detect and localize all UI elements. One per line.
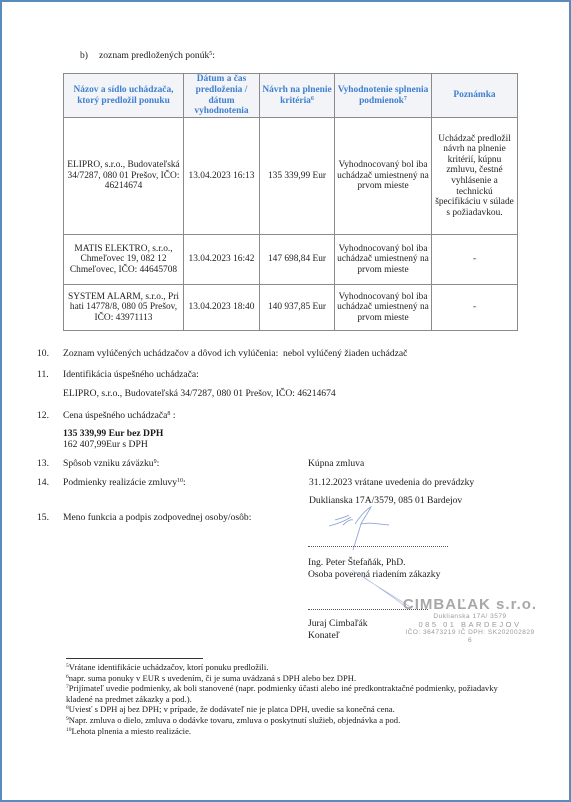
col-header-proposal: Návrh na plnenie kritéria6 bbox=[260, 74, 335, 118]
footnote-5: 5Vrátane identifikácie uchádzačov, ktorí… bbox=[66, 662, 526, 673]
table-row: ELIPRO, s.r.o., Budovateľská 34/7287, 08… bbox=[64, 118, 518, 235]
section-b-heading: b)zoznam predložených ponúk5: bbox=[80, 50, 215, 62]
footnote-9: 9Napr. zmluva o dielo, zmluva o dodávke … bbox=[66, 715, 526, 726]
cell-evaluation: Vyhodnocovaný bol iba uchádzač umiestnen… bbox=[335, 118, 432, 235]
cell-proposal: 147 698,84 Eur bbox=[260, 235, 335, 285]
item-12: 12.Cena úspešného uchádzača8 : bbox=[37, 410, 176, 422]
item-14: 14.Podmienky realizácie zmluvy10: bbox=[37, 477, 186, 489]
signatory-2-name: Juraj Cimbaľák bbox=[308, 618, 368, 630]
footnote-separator bbox=[66, 658, 203, 659]
company-stamp: CIMBAĽAK s.r.o. Duklianska 17A/ 3579 085… bbox=[390, 597, 550, 644]
item-15: 15.Meno funkcia a podpis zodpovednej oso… bbox=[37, 512, 251, 524]
price-gross: 162 407,99Eur s DPH bbox=[63, 439, 148, 451]
cell-datetime: 13.04.2023 18:40 bbox=[184, 285, 260, 331]
footnotes: 5Vrátane identifikácie uchádzačov, ktorí… bbox=[66, 662, 526, 736]
table-row: SYSTEM ALARM, s.r.o., Pri hati 14778/8, … bbox=[64, 285, 518, 331]
cell-note: Uchádzač predložil návrh na plnenie krit… bbox=[432, 118, 518, 235]
footnote-6: 6napr. suma ponuky v EUR s uvedením, či … bbox=[66, 673, 526, 684]
obligation-type-value: Kúpna zmluva bbox=[308, 458, 364, 470]
cell-note: - bbox=[432, 235, 518, 285]
item-11: 11.Identifikácia úspešného uchádzača: bbox=[37, 369, 199, 381]
signatory-2-role: Konateľ bbox=[308, 630, 340, 642]
contract-deadline-value: 31.12.2023 vrátane uvedenia do prevádzky bbox=[309, 477, 474, 489]
cell-proposal: 135 339,99 Eur bbox=[260, 118, 335, 235]
table-header-row: Názov a sídlo uchádzača, ktorý predložil… bbox=[64, 74, 518, 118]
col-header-bidder: Názov a sídlo uchádzača, ktorý predložil… bbox=[64, 74, 184, 118]
successful-bidder-value: ELIPRO, s.r.o., Budovateľská 34/7287, 08… bbox=[63, 388, 336, 400]
cell-bidder: ELIPRO, s.r.o., Budovateľská 34/7287, 08… bbox=[64, 118, 184, 235]
cell-evaluation: Vyhodnocovaný bol iba uchádzač umiestnen… bbox=[335, 235, 432, 285]
table-row: MATIS ELEKTRO, s.r.o., Chmeľovec 19, 082… bbox=[64, 235, 518, 285]
cell-datetime: 13.04.2023 16:42 bbox=[184, 235, 260, 285]
cell-note: - bbox=[432, 285, 518, 331]
excluded-bidders-value: nebol vylúčený žiaden uchádzač bbox=[283, 348, 407, 359]
cell-bidder: MATIS ELEKTRO, s.r.o., Chmeľovec 19, 082… bbox=[64, 235, 184, 285]
cell-bidder: SYSTEM ALARM, s.r.o., Pri hati 14778/8, … bbox=[64, 285, 184, 331]
footnote-8: 8Uviesť s DPH aj bez DPH; v prípade, že … bbox=[66, 704, 526, 715]
cell-evaluation: Vyhodnocovaný bol iba uchádzač umiestnen… bbox=[335, 285, 432, 331]
footnote-7: 7Prijímateľ uvedie podmienky, ak boli st… bbox=[66, 683, 526, 704]
offers-table: Názov a sídlo uchádzača, ktorý predložil… bbox=[63, 73, 518, 331]
signature-line-1 bbox=[308, 546, 448, 547]
signature-scribble-icon bbox=[325, 504, 395, 552]
footnote-10: 10Lehota plnenia a miesto realizácie. bbox=[66, 726, 526, 737]
cell-datetime: 13.04.2023 16:13 bbox=[184, 118, 260, 235]
col-header-note: Poznámka bbox=[432, 74, 518, 118]
cell-proposal: 140 937,85 Eur bbox=[260, 285, 335, 331]
col-header-evaluation: Vyhodnotenie splnenia podmienok7 bbox=[335, 74, 432, 118]
item-10: 10.Zoznam vylúčených uchádzačov a dôvod … bbox=[37, 348, 407, 360]
col-header-datetime: Dátum a čas predloženia / dátum vyhodnot… bbox=[184, 74, 260, 118]
item-13: 13.Spôsob vzniku záväzku9: bbox=[37, 458, 159, 470]
